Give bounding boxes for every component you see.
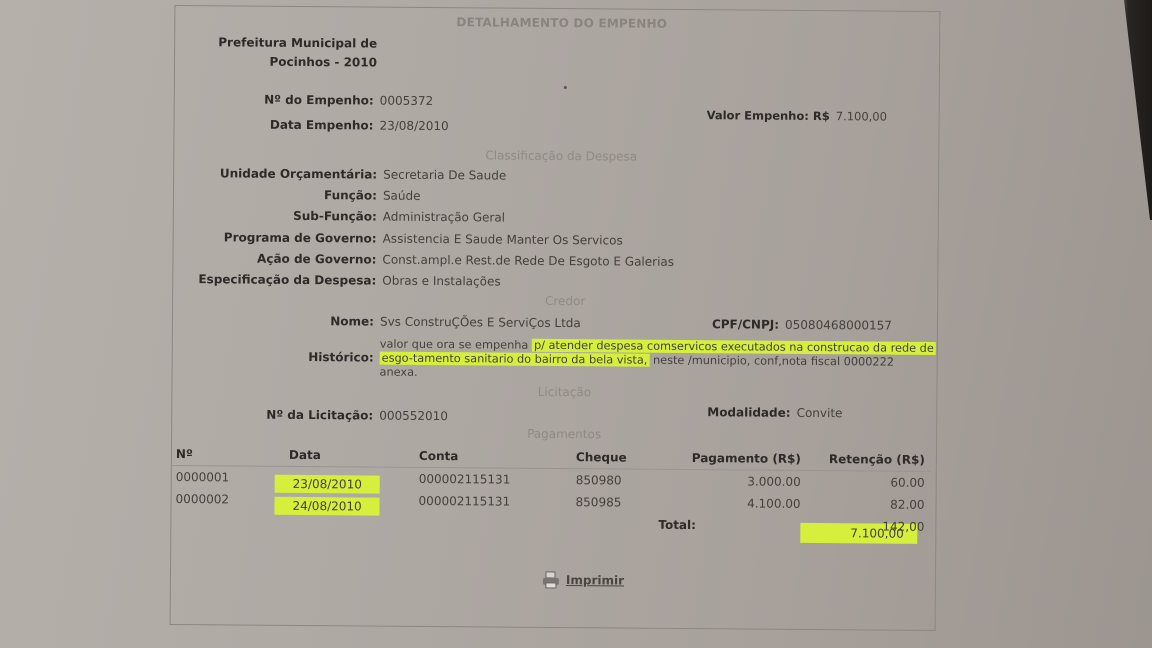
printer-icon: [542, 571, 560, 589]
organization-line-1: Prefeitura Municipal de: [217, 33, 377, 53]
organization-name: Prefeitura Municipal de Pocinhos - 2010: [217, 33, 377, 72]
cell-no: 0000001: [176, 470, 230, 484]
section-classificacao: Classificação da Despesa: [471, 148, 651, 163]
payments-table: Nº Data Conta Cheque Pagamento (R$) Rete…: [170, 443, 931, 538]
licitacao-numero-field: Nº da Licitação:000552010: [257, 407, 448, 424]
field-funcao: Função:Saúde: [189, 186, 421, 204]
cell-pagamento: 4.100.00: [747, 496, 801, 510]
empenho-data-value: 23/08/2010: [379, 119, 448, 134]
cell-cheque: 850985: [576, 495, 622, 509]
empenho-numero-field: Nº do Empenho:0005372: [234, 91, 434, 109]
stray-dot: [564, 86, 567, 89]
field-value: Saúde: [383, 189, 421, 203]
historico-pre: valor que ora se empenha: [380, 338, 532, 352]
empenho-valor-field: Valor Empenho: R$7.100,00: [707, 107, 887, 124]
total-label: Total:: [658, 518, 696, 532]
field-label: Função:: [189, 186, 377, 203]
col-cheque: Cheque: [576, 450, 627, 464]
historico-label: Histórico:: [258, 350, 374, 365]
licitacao-modalidade-field: Modalidade:Convite: [707, 404, 842, 421]
field-value: Administração Geral: [383, 210, 505, 225]
field-value: Obras e Instalações: [382, 274, 500, 289]
cell-conta: 000002115131: [419, 472, 511, 487]
document-title: DETALHAMENTO DO EMPENHO: [454, 15, 669, 31]
cell-retencao: 82.00: [890, 498, 924, 512]
document-page: DETALHAMENTO DO EMPENHO Prefeitura Munic…: [0, 0, 1152, 648]
print-link[interactable]: Imprimir: [566, 573, 624, 587]
col-no: Nº: [176, 447, 193, 461]
empenho-valor-value: 7.100,00: [836, 109, 887, 123]
field-value: Secretaria De Saude: [383, 168, 506, 183]
credor-cpf-label: CPF/CNPJ:: [712, 316, 779, 333]
credor-cpf-value: 05080468000157: [785, 318, 892, 333]
cell-pagamento: 3.000.00: [747, 474, 801, 488]
print-button[interactable]: Imprimir: [542, 571, 624, 590]
licitacao-numero-label: Nº da Licitação:: [257, 407, 373, 424]
total-retencao: 142,00: [882, 520, 924, 534]
licitacao-modalidade-label: Modalidade:: [707, 404, 790, 421]
col-retencao: Retenção (R$): [829, 452, 925, 467]
section-pagamentos: Pagamentos: [504, 427, 624, 442]
credor-nome-field: Nome:Svs ConstruÇÕes E ServiÇos Ltda: [258, 313, 581, 332]
credor-nome-label: Nome:: [258, 313, 374, 330]
organization-line-2: Pocinhos - 2010: [217, 52, 377, 72]
section-licitacao: Licitação: [504, 385, 624, 400]
cell-retencao: 60.00: [890, 476, 924, 490]
historico-text: valor que ora se empenha p/ atender desp…: [380, 338, 935, 384]
field-label: Ação de Governo:: [188, 250, 376, 267]
field-label: Especificação da Despesa:: [188, 271, 376, 288]
col-pagamento: Pagamento (R$): [692, 451, 801, 466]
empenho-numero-value: 0005372: [380, 94, 434, 108]
empenho-valor-label: Valor Empenho: R$: [707, 107, 830, 124]
section-credor: Credor: [500, 294, 630, 309]
field-value: Const.ampl.e Rest.de Rede De Esgoto E Ga…: [382, 253, 674, 269]
field-especificacao-despesa: Especificação da Despesa:Obras e Instala…: [188, 271, 500, 289]
empenho-data-field: Data Empenho:23/08/2010: [233, 116, 448, 134]
credor-nome-value: Svs ConstruÇÕes E ServiÇos Ltda: [380, 315, 581, 331]
empenho-data-label: Data Empenho:: [233, 116, 373, 133]
field-programa-governo: Programa de Governo:Assistencia E Saude …: [189, 229, 623, 248]
col-data: Data: [289, 448, 321, 462]
col-conta: Conta: [419, 449, 459, 463]
field-unidade-orcamentaria: Unidade Orçamentária:Secretaria De Saude: [189, 165, 506, 183]
field-label: Sub-Função:: [189, 207, 377, 224]
licitacao-modalidade-value: Convite: [797, 406, 843, 420]
empenho-numero-label: Nº do Empenho:: [234, 91, 374, 108]
field-sub-funcao: Sub-Função:Administração Geral: [189, 207, 505, 225]
cell-no: 0000002: [176, 492, 230, 506]
credor-cpf-field: CPF/CNPJ:05080468000157: [712, 316, 892, 333]
field-label: Programa de Governo:: [189, 229, 377, 246]
cell-conta: 000002115131: [419, 494, 511, 509]
licitacao-numero-value: 000552010: [379, 409, 448, 424]
field-value: Assistencia E Saude Manter Os Servicos: [383, 232, 623, 248]
field-label: Unidade Orçamentária:: [189, 165, 377, 182]
cell-cheque: 850980: [576, 473, 622, 487]
